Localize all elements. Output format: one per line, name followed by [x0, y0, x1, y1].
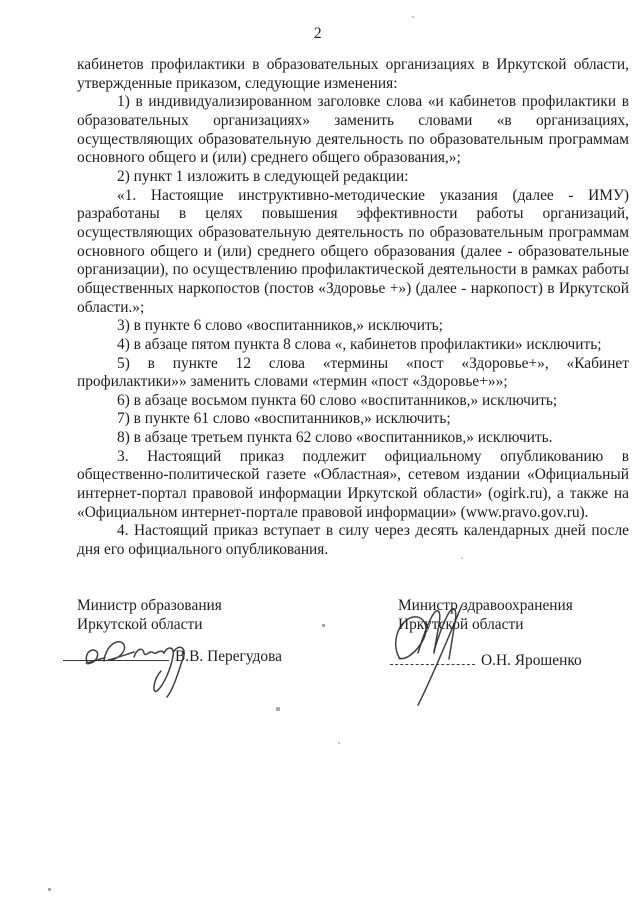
- signatory-title-right: Министр здравоохранения Иркутской област…: [398, 597, 573, 634]
- signatory-title-left-line2: Иркутской области: [77, 616, 222, 635]
- scan-speck: [48, 888, 51, 891]
- scan-speck: [276, 707, 280, 711]
- amendment-item-1: 1) в индивидуализированном заголовке сло…: [77, 93, 629, 168]
- clause-3-publication: 3. Настоящий приказ подлежит официальном…: [77, 448, 629, 523]
- signature-row-left: В.В. Перегудова: [63, 646, 282, 666]
- amendment-item-4: 4) в абзаце пятом пункта 8 слова «, каби…: [77, 336, 629, 355]
- scan-speck: [461, 557, 463, 559]
- signatory-title-right-line1: Министр здравоохранения: [398, 597, 573, 616]
- amendment-item-5: 5) в пункте 12 слова «термины «пост «Здо…: [77, 355, 629, 392]
- scanned-document-page: 2 кабинетов профилактики в образовательн…: [0, 0, 640, 905]
- paragraph-continuation: кабинетов профилактики в образовательных…: [77, 56, 629, 93]
- amendment-item-2-quoted-text: «1. Настоящие инструктивно-методические …: [77, 187, 629, 318]
- signature-line-left: [63, 646, 169, 661]
- amendment-item-7: 7) в пункте 61 слово «воспитанников,» ис…: [77, 410, 629, 429]
- clause-4-entry-into-force: 4. Настоящий приказ вступает в силу чере…: [77, 522, 629, 559]
- signatory-title-left-line1: Министр образования: [77, 597, 222, 616]
- amendment-item-3: 3) в пункте 6 слово «воспитанников,» иск…: [77, 317, 629, 336]
- scan-speck: [338, 742, 340, 744]
- handwritten-signature-left-icon: [80, 630, 202, 704]
- signatory-title-right-line2: Иркутской области: [398, 616, 573, 635]
- amendment-item-2: 2) пункт 1 изложить в следующей редакции…: [77, 168, 629, 187]
- document-body: кабинетов профилактики в образовательных…: [77, 56, 629, 560]
- signatory-name-left: В.В. Перегудова: [169, 648, 282, 665]
- signatory-name-right: О.Н. Ярошенко: [475, 652, 582, 669]
- page-number: 2: [0, 25, 636, 43]
- amendment-item-6: 6) в абзаце восьмом пункта 60 слово «вос…: [77, 392, 629, 411]
- signature-line-right: [390, 650, 475, 665]
- scan-speck: [322, 624, 325, 627]
- signatory-title-left: Министр образования Иркутской области: [77, 597, 222, 634]
- scan-speck: [412, 16, 414, 18]
- signature-row-right: О.Н. Ярошенко: [390, 650, 582, 670]
- amendment-item-8: 8) в абзаце третьем пункта 62 слово «вос…: [77, 429, 629, 448]
